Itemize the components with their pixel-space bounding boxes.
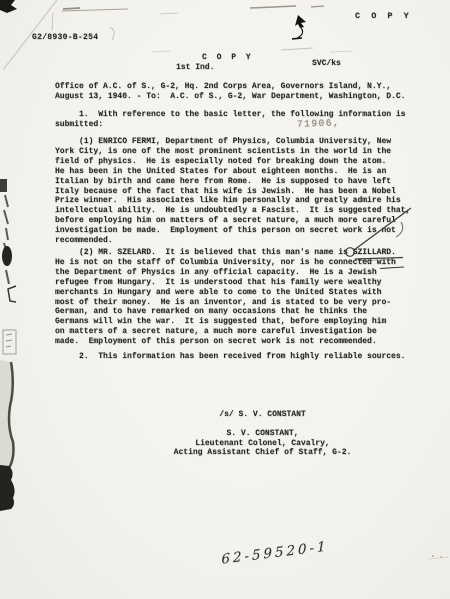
subparagraph-szilard: (2) MR. SZELARD. It is believed that thi…: [55, 248, 396, 347]
copy-stamp-top-right: C O P Y: [355, 12, 412, 22]
faint-stamped-number: 71906,: [297, 118, 341, 129]
handwritten-file-number: 62-59520-1: [221, 542, 328, 565]
signature-block: S. V. CONSTANT, Lieutenant Colonel, Cava…: [155, 429, 370, 458]
signature-title: Acting Assistant Chief of Staff, G-2.: [174, 448, 352, 457]
scanned-document-page: C O P Y G2/8930-B-254 C O P Y 1st Ind. S…: [0, 0, 450, 599]
corner-ink-blob: [0, 0, 17, 13]
file-reference-number: G2/8930-B-254: [32, 33, 98, 43]
signature-name: S. V. CONSTANT,: [226, 429, 298, 438]
copy-heading: C O P Y: [202, 53, 253, 63]
paragraph-2: 2. This information has been received fr…: [55, 352, 405, 362]
subparagraph-fermi: (1) ENRICO FERMI, Department of Physics,…: [55, 137, 410, 246]
pencil-specks: [428, 555, 448, 559]
indorsement-label: 1st Ind.: [176, 63, 214, 73]
address-block: Office of A.C. of S., G-2, Hq. 2nd Corps…: [55, 82, 405, 102]
margin-scribbles: [0, 179, 16, 354]
stamp-smudges: [52, 6, 352, 52]
typist-initials: SVC/ks: [312, 59, 341, 69]
torn-edge-shadow: [0, 360, 15, 511]
signature-rank: Lieutenant Colonel, Cavalry,: [195, 439, 329, 448]
paragraph-1: 1. With reference to the basic letter, t…: [55, 110, 405, 130]
ink-arrow-mark: [292, 15, 306, 39]
signature-signed-line: /s/ S. V. CONSTANT: [155, 410, 370, 420]
